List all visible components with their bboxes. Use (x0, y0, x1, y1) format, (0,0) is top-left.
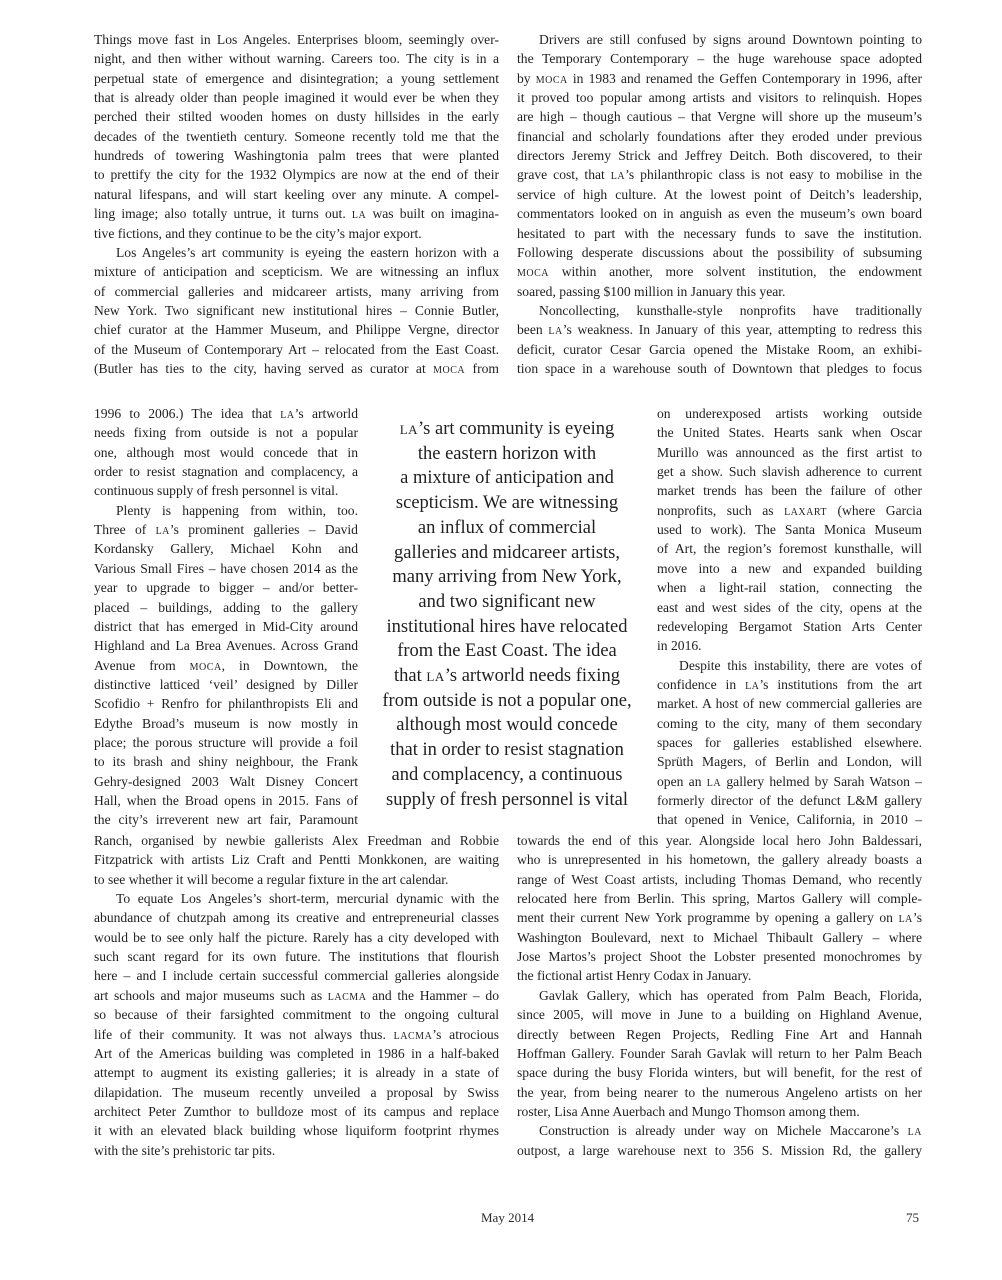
text-line: relocated here from Berlin. This spring,… (517, 889, 922, 908)
text-line: tive fictions, and they continue to be t… (94, 224, 499, 243)
text-line: needs fixing from outside is not a popul… (94, 423, 358, 442)
text-line: directly between Regen Projects, Redling… (517, 1025, 922, 1044)
text-line: to its brash and shiny neighbour, the Fr… (94, 752, 358, 771)
text-line: the city’s irreverent new art fair, Para… (94, 810, 358, 829)
text-line: Highland and La Brea Avenues. Across Gra… (94, 636, 358, 655)
text-line: grave cost, that LA’s philanthropic clas… (517, 165, 922, 184)
text-line: are high – though cautious – that Vergne… (517, 107, 922, 126)
text-line: ment their current New York programme by… (517, 908, 922, 927)
text-line: Avenue from MOCA, in Downtown, the (94, 656, 358, 675)
text-line: continuous supply of fresh personnel is … (94, 481, 358, 500)
text-line: Ranch, organised by newbie gallerists Al… (94, 831, 499, 850)
text-line: nonprofits, such as LAXART (where Garcia (657, 501, 922, 520)
text-line: Scofidio + Renfro for philanthropists El… (94, 694, 358, 713)
text-line: directors Jeremy Strick and Jeffrey Deit… (517, 146, 922, 165)
text-line: so because of their farsighted commitmen… (94, 1005, 499, 1024)
text-line: when a light-rail station, connecting th… (657, 578, 922, 597)
text-line: mixture of anticipation and scepticism. … (94, 262, 499, 281)
pull-quote-line: institutional hires have relocated (376, 615, 638, 640)
text-line: perched their stilted wooden homes on du… (94, 107, 499, 126)
text-line: deficit, curator Cesar Garcia opened the… (517, 340, 922, 359)
text-line: service of high culture. At the lowest p… (517, 185, 922, 204)
text-line: on underexposed artists working outside (657, 404, 922, 423)
text-line: the year, from being nearer to the numer… (517, 1083, 922, 1102)
text-line: to see whether it will become a regular … (94, 870, 499, 889)
text-line: architect Peter Zumthor to bulldoze most… (94, 1102, 499, 1121)
text-line: distinctive latticed ‘veil’ designed by … (94, 675, 358, 694)
text-line: Construction is already under way on Mic… (517, 1121, 922, 1140)
pull-quote-line: many arriving from New York, (376, 565, 638, 590)
page-number: 75 (906, 1210, 919, 1226)
text-line: dilapidation. The museum recently unveil… (94, 1083, 499, 1102)
text-line: placed – buildings, adding to the galler… (94, 598, 358, 617)
text-line: who is unrepresented in his hometown, th… (517, 850, 922, 869)
text-line: of commercial galleries and midcareer ar… (94, 282, 499, 301)
text-line: year to upgrade to bigger – and/or bette… (94, 578, 358, 597)
text-line: place; the porous structure will provide… (94, 733, 358, 752)
pull-quote-line: a mixture of anticipation and (376, 466, 638, 491)
text-line: towards the end of this year. Alongside … (517, 831, 922, 850)
pull-quote-line: supply of fresh personnel is vital (376, 788, 638, 813)
text-line: Three of LA’s prominent galleries – Davi… (94, 520, 358, 539)
text-line: Art of the Americas building was complet… (94, 1044, 499, 1063)
text-line: move into a new and expanded building (657, 559, 922, 578)
text-line: roster, Lisa Anne Auerbach and Mungo Tho… (517, 1102, 922, 1121)
text-line: Various Small Fires – have chosen 2014 a… (94, 559, 358, 578)
text-line: that is already older than people imagin… (94, 88, 499, 107)
text-line: formerly director of the defunct L&M gal… (657, 791, 922, 810)
pull-quote-line: the eastern horizon with (376, 442, 638, 467)
footer-date: May 2014 (481, 1210, 534, 1226)
pull-quote-line: from outside is not a popular one, (376, 689, 638, 714)
text-line: one, although most would concede that in (94, 443, 358, 462)
pull-quote-line: and two significant new (376, 590, 638, 615)
text-line: Hoffman Gallery. Founder Sarah Gavlak wi… (517, 1044, 922, 1063)
text-line: hesitated to part with the necessary fun… (517, 224, 922, 243)
pull-quote-line: from the East Coast. The idea (376, 639, 638, 664)
text-line: soared, passing $100 million in January … (517, 282, 922, 301)
text-line: decades of the twentieth century. Someon… (94, 127, 499, 146)
text-line: (Butler has ties to the city, having ser… (94, 359, 499, 378)
text-line: here – and I include certain successful … (94, 966, 499, 985)
text-line: coming to the city, many of them seconda… (657, 714, 922, 733)
text-line: of the Museum of Contemporary Art – relo… (94, 340, 499, 359)
text-line: by MOCA in 1983 and renamed the Geffen C… (517, 69, 922, 88)
text-line: get a show. Such slavish adherence to cu… (657, 462, 922, 481)
text-line: open an LA gallery helmed by Sarah Watso… (657, 772, 922, 791)
text-line: Noncollecting, kunsthalle-style nonprofi… (517, 301, 922, 320)
text-line: life of their community. It was not alwa… (94, 1025, 499, 1044)
text-line: district that has emerged in Mid-City ar… (94, 617, 358, 636)
text-line: attempt to augment its existing gallerie… (94, 1063, 499, 1082)
text-line: since 2005, will move in June to a build… (517, 1005, 922, 1024)
text-line: that opened in Venice, California, in 20… (657, 810, 922, 829)
pull-quote: LA’s art community is eyeingthe eastern … (376, 417, 638, 812)
text-line: been LA’s weakness. In January of this y… (517, 320, 922, 339)
text-line: the Temporary Contemporary – the huge wa… (517, 49, 922, 68)
text-line: natural lifespans, and will start keelin… (94, 185, 499, 204)
text-line: chief curator at the Hammer Museum, and … (94, 320, 499, 339)
text-line: art schools and major museums such as LA… (94, 986, 499, 1005)
pull-quote-line: scepticism. We are witnessing (376, 491, 638, 516)
text-line: abundance of chutzpah among its creative… (94, 908, 499, 927)
text-line: Fitzpatrick with artists Liz Craft and P… (94, 850, 499, 869)
text-line: Kordansky Gallery, Michael Kohn and (94, 539, 358, 558)
text-line: Washington Boulevard, next to Michael Th… (517, 928, 922, 947)
text-line: market. A host of new commercial galleri… (657, 694, 922, 713)
text-line: Plenty is happening from within, too. (94, 501, 358, 520)
text-line: it with an elevated black building whose… (94, 1121, 499, 1140)
text-line: with the site’s prehistoric tar pits. (94, 1141, 499, 1160)
text-line: night, and then wither without warning. … (94, 49, 499, 68)
text-line: used to work). The Santa Monica Museum (657, 520, 922, 539)
text-line: confidence in LA’s institutions from the… (657, 675, 922, 694)
magazine-page: LA’s art community is eyeingthe eastern … (0, 0, 1002, 1280)
text-line: such scant regard for its own future. Th… (94, 947, 499, 966)
pull-quote-line: galleries and midcareer artists, (376, 541, 638, 566)
text-line: spaces for galleries established elsewhe… (657, 733, 922, 752)
text-line: perpetual state of emergence and disinte… (94, 69, 499, 88)
text-line: of Art, the region’s foremost kunsthalle… (657, 539, 922, 558)
text-line: it proved too popular among artists and … (517, 88, 922, 107)
text-line: tion space in a warehouse south of Downt… (517, 359, 922, 378)
text-line: commentators looked on in anguish as eve… (517, 204, 922, 223)
text-line: Gehry-designed 2003 Walt Disney Concert (94, 772, 358, 791)
pull-quote-line: LA’s art community is eyeing (376, 417, 638, 442)
text-line: Murillo was announced as the first artis… (657, 443, 922, 462)
text-line: order to resist stagnation and complacen… (94, 462, 358, 481)
pull-quote-line: an influx of commercial (376, 516, 638, 541)
text-line: 1996 to 2006.) The idea that LA’s artwor… (94, 404, 358, 423)
text-line: Drivers are still confused by signs arou… (517, 30, 922, 49)
text-line: ling image; also totally untrue, it turn… (94, 204, 499, 223)
text-line: market trends has been the failure of ot… (657, 481, 922, 500)
pull-quote-line: although most would concede (376, 713, 638, 738)
text-line: Following desperate discussions about th… (517, 243, 922, 262)
text-line: in 2016. (657, 636, 922, 655)
pull-quote-line: that in order to resist stagnation (376, 738, 638, 763)
text-line: financial and scholarly foundations afte… (517, 127, 922, 146)
text-line: To equate Los Angeles’s short-term, merc… (94, 889, 499, 908)
text-line: range of West Coast artists, including T… (517, 870, 922, 889)
text-line: Gavlak Gallery, which has operated from … (517, 986, 922, 1005)
text-line: MOCA within another, more solvent instit… (517, 262, 922, 281)
text-line: Los Angeles’s art community is eyeing th… (94, 243, 499, 262)
text-line: would be to see only half the picture. R… (94, 928, 499, 947)
text-line: redeveloping Bergamot Station Arts Cente… (657, 617, 922, 636)
text-line: New York. Two significant new institutio… (94, 301, 499, 320)
text-line: east and west sides of the city, opens a… (657, 598, 922, 617)
text-line: Jose Martos’s project Shoot the Lobster … (517, 947, 922, 966)
text-line: hundreds of towering Washingtonia palm t… (94, 146, 499, 165)
pull-quote-line: and complacency, a continuous (376, 763, 638, 788)
pull-quote-line: that LA’s artworld needs fixing (376, 664, 638, 689)
text-line: the United States. Hearts sank when Osca… (657, 423, 922, 442)
text-line: Sprüth Magers, of Berlin and London, wil… (657, 752, 922, 771)
text-line: outpost, a large warehouse next to 356 S… (517, 1141, 922, 1160)
text-line: the fictional artist Henry Codax in Janu… (517, 966, 922, 985)
text-line: Hall, when the Broad opens in 2015. Fans… (94, 791, 358, 810)
text-line: Edythe Broad’s museum is now mostly in (94, 714, 358, 733)
text-line: to prettify the city for the 1932 Olympi… (94, 165, 499, 184)
text-line: Things move fast in Los Angeles. Enterpr… (94, 30, 499, 49)
text-line: space during the busy Florida winters, b… (517, 1063, 922, 1082)
text-line: Despite this instability, there are vote… (657, 656, 922, 675)
